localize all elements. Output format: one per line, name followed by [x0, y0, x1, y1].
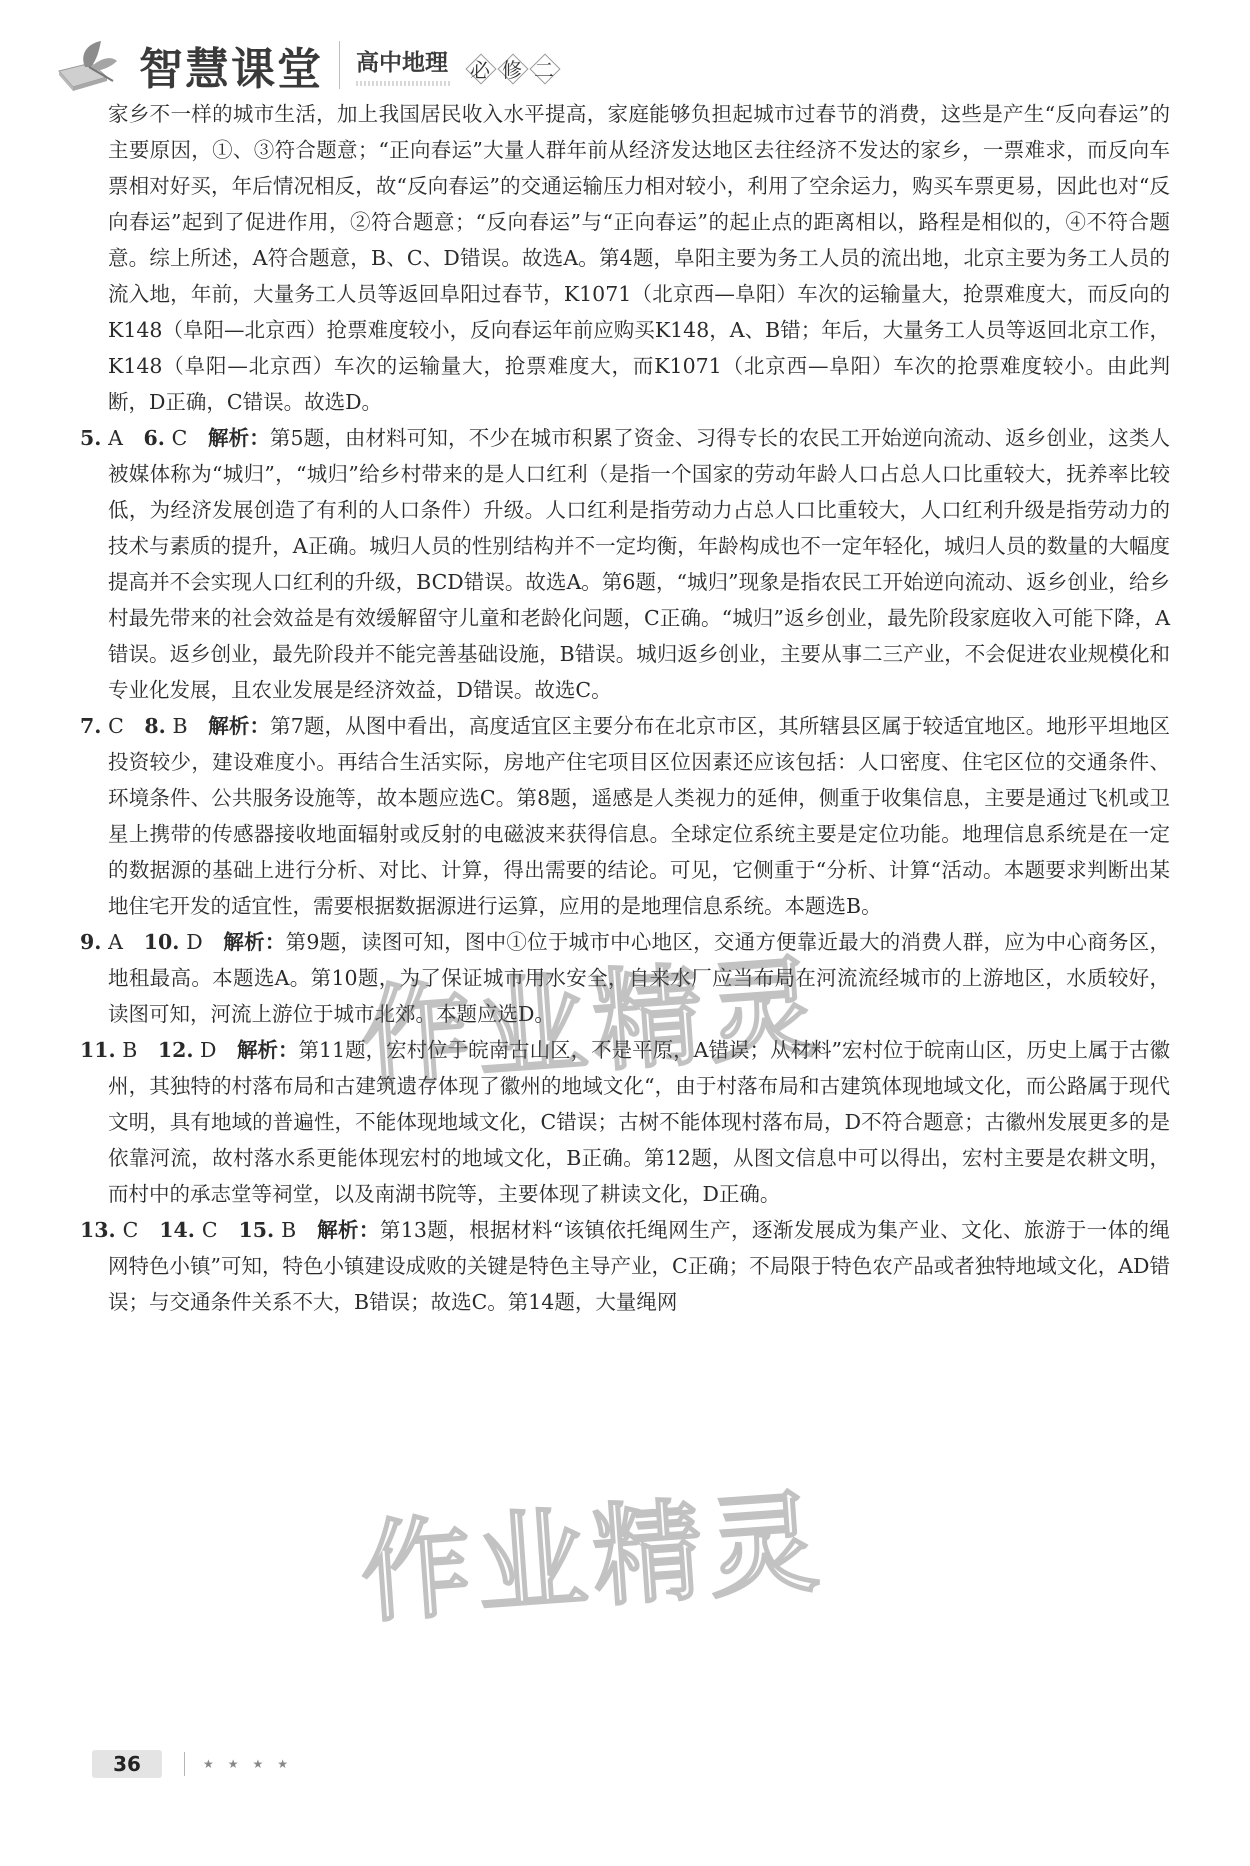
volume-badge: 必: [465, 53, 495, 83]
analysis-text: 第5题，由材料可知，不少在城市积累了资金、习得专长的农民工开始逆向流动、返乡创业…: [108, 426, 1170, 702]
analysis-label: 解析：: [208, 426, 270, 450]
answer-item-5-6: 5. A 6. C 解析：第5题，由材料可知，不少在城市积累了资金、习得专长的农…: [80, 420, 1170, 708]
header-divider: [339, 41, 340, 89]
page-header: 智慧课堂 高中地理 必 修 二: [55, 30, 755, 100]
answer-item-13-15: 13. C 14. C 15. B 解析：第13题，根据材料“该镇依托绳网生产，…: [80, 1212, 1170, 1320]
footer-divider: [184, 1752, 185, 1776]
answer-content: 家乡不一样的城市生活，加上我国居民收入水平提高，家庭能够负担起城市过春节的消费，…: [80, 96, 1170, 1320]
volume-badge: 二: [529, 53, 559, 83]
answer-item-11-12: 11. B 12. D 解析：第11题，宏村位于皖南古山区，不是平原，A错误；从…: [80, 1032, 1170, 1212]
subject-title: 高中地理: [356, 44, 451, 77]
analysis-label: 解析：: [237, 1038, 299, 1062]
brand-title: 智慧课堂: [139, 33, 323, 97]
continued-paragraph: 家乡不一样的城市生活，加上我国居民收入水平提高，家庭能够负担起城市过春节的消费，…: [80, 96, 1170, 420]
answer-item-7-8: 7. C 8. B 解析：第7题，从图中看出，高度适宜区主要分布在北京市区，其所…: [80, 708, 1170, 924]
analysis-label: 解析：: [317, 1218, 380, 1242]
volume-badge: 修: [497, 53, 527, 83]
volume-badges: 必 修 二: [465, 53, 561, 83]
analysis-text: 第7题，从图中看出，高度适宜区主要分布在北京市区，其所辖县区属于较适宜地区。地形…: [108, 714, 1170, 918]
answer-item-9-10: 9. A 10. D 解析：第9题，读图可知，图中①位于城市中心地区，交通方便靠…: [80, 924, 1170, 1032]
star-rating-icon: ★★★★: [203, 1757, 302, 1771]
page-number: 36: [92, 1750, 162, 1778]
subject-block: 高中地理: [356, 44, 451, 86]
analysis-label: 解析：: [223, 930, 285, 954]
subject-underline: [356, 81, 451, 86]
book-butterfly-logo-icon: [55, 37, 125, 93]
watermark: 作业精灵: [355, 1454, 829, 1644]
page-footer: 36 ★★★★: [92, 1750, 302, 1778]
analysis-text: 第11题，宏村位于皖南古山区，不是平原，A错误；从材料”宏村位于皖南山区，历史上…: [108, 1038, 1170, 1206]
analysis-label: 解析：: [208, 714, 270, 738]
